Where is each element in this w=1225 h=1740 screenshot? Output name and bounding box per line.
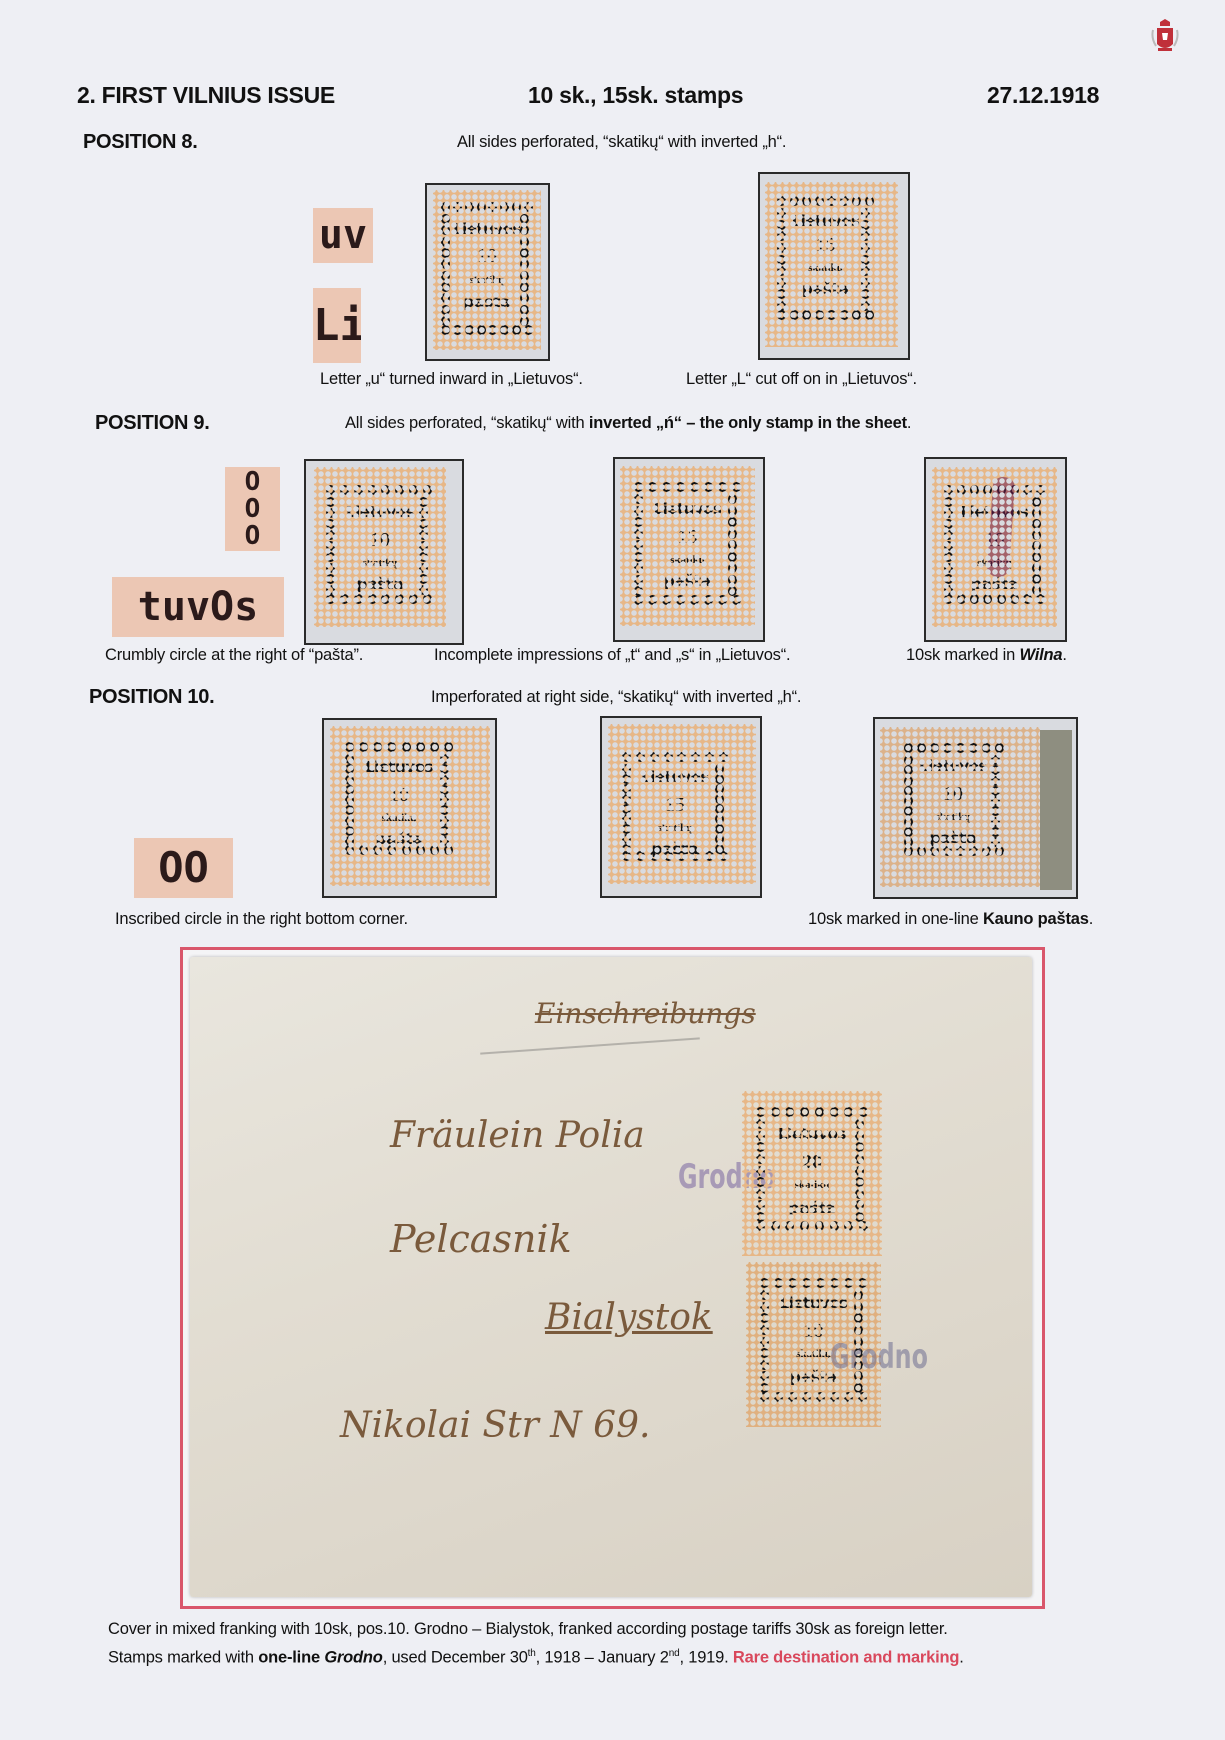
handwriting-addressee: Fräulein Polia bbox=[390, 1115, 645, 1156]
stamp-value: 15 bbox=[608, 794, 742, 817]
stamp-post: pašta bbox=[314, 575, 446, 593]
detail-crop-tuvos: tuvOs bbox=[112, 577, 284, 637]
cover-caption-line2: Stamps marked with one-line Grodno, used… bbox=[108, 1648, 964, 1668]
caption-end: . bbox=[959, 1649, 963, 1667]
grodno-cancel-2: Grodno bbox=[830, 1337, 928, 1377]
issue-date: 27.12.1918 bbox=[987, 82, 1099, 109]
detail-crop-li: Li bbox=[313, 288, 361, 363]
caption-sup: nd bbox=[669, 1648, 680, 1659]
position-8-label: POSITION 8. bbox=[83, 131, 198, 154]
caption-bold: Kauno paštas bbox=[983, 910, 1089, 928]
pencil-strike bbox=[480, 1037, 700, 1054]
stamp-10sk-pos9: Lietuvos 10 skatikų pašta bbox=[314, 467, 446, 627]
stamp-post: pašta bbox=[742, 1199, 882, 1217]
caption-text: , 1918 – January 2 bbox=[536, 1649, 669, 1667]
stamp-value: 10 bbox=[890, 783, 1016, 806]
stamp-10sk-pos10-kauno: Lietuvos 10 skatikų pašta bbox=[880, 727, 1040, 887]
stamp-unit: skatikų bbox=[890, 811, 1016, 823]
position-9-label: POSITION 9. bbox=[95, 412, 210, 435]
note-text: All sides perforated, “skatikų“ with bbox=[345, 414, 589, 432]
caption-pos8-2: Letter „L“ cut off on in „Lietuvos“. bbox=[686, 370, 917, 389]
position-10-note: Imperforated at right side, “skatikų“ wi… bbox=[431, 688, 801, 707]
caption-suffix: . bbox=[1062, 646, 1066, 664]
caption-pos9-2: Incomplete impressions of „t“ and „s“ in… bbox=[434, 646, 790, 665]
caption-pos8-1: Letter „u“ turned inward in „Lietuvos“. bbox=[320, 370, 583, 389]
caption-pos9-1: Crumbly circle at the right of “pašta”. bbox=[105, 646, 363, 665]
stamp-country: Lietuvos bbox=[746, 1294, 881, 1312]
stamp-value: 15 bbox=[620, 526, 755, 549]
stamp-unit: skatikų bbox=[314, 557, 446, 569]
stamp-post: pašta bbox=[433, 293, 541, 311]
cover-caption-line1: Cover in mixed franking with 10sk, pos.1… bbox=[108, 1620, 948, 1639]
stamp-unit: skatikų bbox=[742, 1179, 882, 1191]
stamp-unit: skatikų bbox=[620, 554, 755, 566]
caption-pos10-1: Inscribed circle in the right bottom cor… bbox=[115, 910, 408, 929]
envelope: Einschreibungs Fräulein Polia Pelcasnik … bbox=[190, 957, 1032, 1597]
caption-pos10-3: 10sk marked in one-line Kauno paštas. bbox=[808, 910, 1093, 929]
handwriting-street: Nikolai Str N 69. bbox=[340, 1405, 650, 1446]
stamp-15sk-pos10: Lietuvos 15 skatikų pašta bbox=[608, 724, 756, 884]
note-bold: inverted „ń“ – the only stamp in the she… bbox=[589, 414, 907, 432]
stamp-country: Lietuvos bbox=[620, 500, 755, 518]
stamp-post: pašta bbox=[620, 572, 755, 590]
stamp-post: pašta bbox=[890, 829, 1016, 847]
position-8-note: All sides perforated, “skatikų“ with inv… bbox=[457, 133, 786, 152]
handwriting-surname: Pelcasnik bbox=[390, 1217, 572, 1261]
stamp-post: pašta bbox=[932, 575, 1057, 593]
stamp-post: pašta bbox=[330, 830, 468, 848]
detail-crop-circles: OOO bbox=[225, 467, 280, 551]
cover-stamp-20sk: Lietuvos 20 skatikų pašta bbox=[742, 1091, 882, 1256]
stamp-country: Lietuvos bbox=[742, 1125, 882, 1143]
stamp-10sk-pos9-wilna: Lietuvos 10 skatikų pašta bbox=[932, 467, 1057, 627]
stamps-title: 10 sk., 15sk. stamps bbox=[528, 82, 743, 109]
caption-text: , 1919. bbox=[679, 1649, 732, 1667]
stamp-10sk-pos10: Lietuvos 10 skatikų pašta bbox=[330, 726, 490, 886]
stamp-value: 10 bbox=[314, 529, 446, 552]
stamp-country: Lietuvos bbox=[765, 212, 886, 230]
stamp-unit: skatikų bbox=[433, 274, 541, 286]
stamp-unit: skatikų bbox=[608, 822, 742, 834]
stamp-10sk-pos8: Lietuvos 10 skatikų pašta bbox=[433, 190, 541, 350]
stamp-country: Lietuvos bbox=[433, 220, 541, 238]
note-suffix: . bbox=[907, 414, 911, 432]
stamp-15sk-pos8: Lietuvos 15 skatikų pašta bbox=[765, 182, 898, 347]
coat-of-arms-icon bbox=[1150, 18, 1180, 58]
caption-rare-highlight: Rare destination and marking bbox=[733, 1649, 959, 1667]
stamp-country: Lietuvos bbox=[890, 757, 1016, 775]
stamp-country: Lietuvos bbox=[330, 758, 468, 776]
stamp-value: 10 bbox=[433, 245, 541, 268]
stamp-value: 15 bbox=[765, 234, 886, 257]
sheet-margin bbox=[1040, 730, 1072, 890]
caption-text: Stamps marked with bbox=[108, 1649, 258, 1667]
caption-suffix: . bbox=[1089, 910, 1093, 928]
caption-italic: Wilna bbox=[1019, 646, 1062, 664]
handwriting-einschreibungs: Einschreibungs bbox=[535, 997, 756, 1030]
caption-text: 10sk marked in bbox=[906, 646, 1019, 664]
caption-pos9-3: 10sk marked in Wilna. bbox=[906, 646, 1067, 665]
caption-text: 10sk marked in one-line bbox=[808, 910, 983, 928]
stamp-country: Lietuvos bbox=[608, 768, 742, 786]
caption-bold: one-line bbox=[258, 1649, 324, 1667]
detail-crop-uv: uv bbox=[313, 208, 373, 263]
stamp-post: pašta bbox=[608, 840, 742, 858]
caption-grodno: Grodno bbox=[324, 1649, 382, 1667]
stamp-value: 20 bbox=[742, 1151, 882, 1174]
stamp-value: 10 bbox=[330, 784, 468, 807]
stamp-unit: skatikų bbox=[330, 812, 468, 824]
stamp-15sk-pos9: Lietuvos 15 skatikų pašta bbox=[620, 466, 755, 626]
position-10-label: POSITION 10. bbox=[89, 686, 214, 709]
caption-sup: th bbox=[528, 1648, 536, 1659]
section-title: 2. FIRST VILNIUS ISSUE bbox=[77, 82, 335, 109]
stamp-post: pašta bbox=[765, 280, 886, 298]
stamp-unit: skatikų bbox=[765, 262, 886, 274]
caption-text: , used December 30 bbox=[383, 1649, 528, 1667]
stamp-country: Lietuvos bbox=[314, 503, 446, 521]
position-9-note: All sides perforated, “skatikų“ with inv… bbox=[345, 414, 911, 433]
detail-crop-inscribed-circle: OO bbox=[134, 838, 233, 898]
handwriting-city: Bialystok bbox=[545, 1297, 713, 1338]
